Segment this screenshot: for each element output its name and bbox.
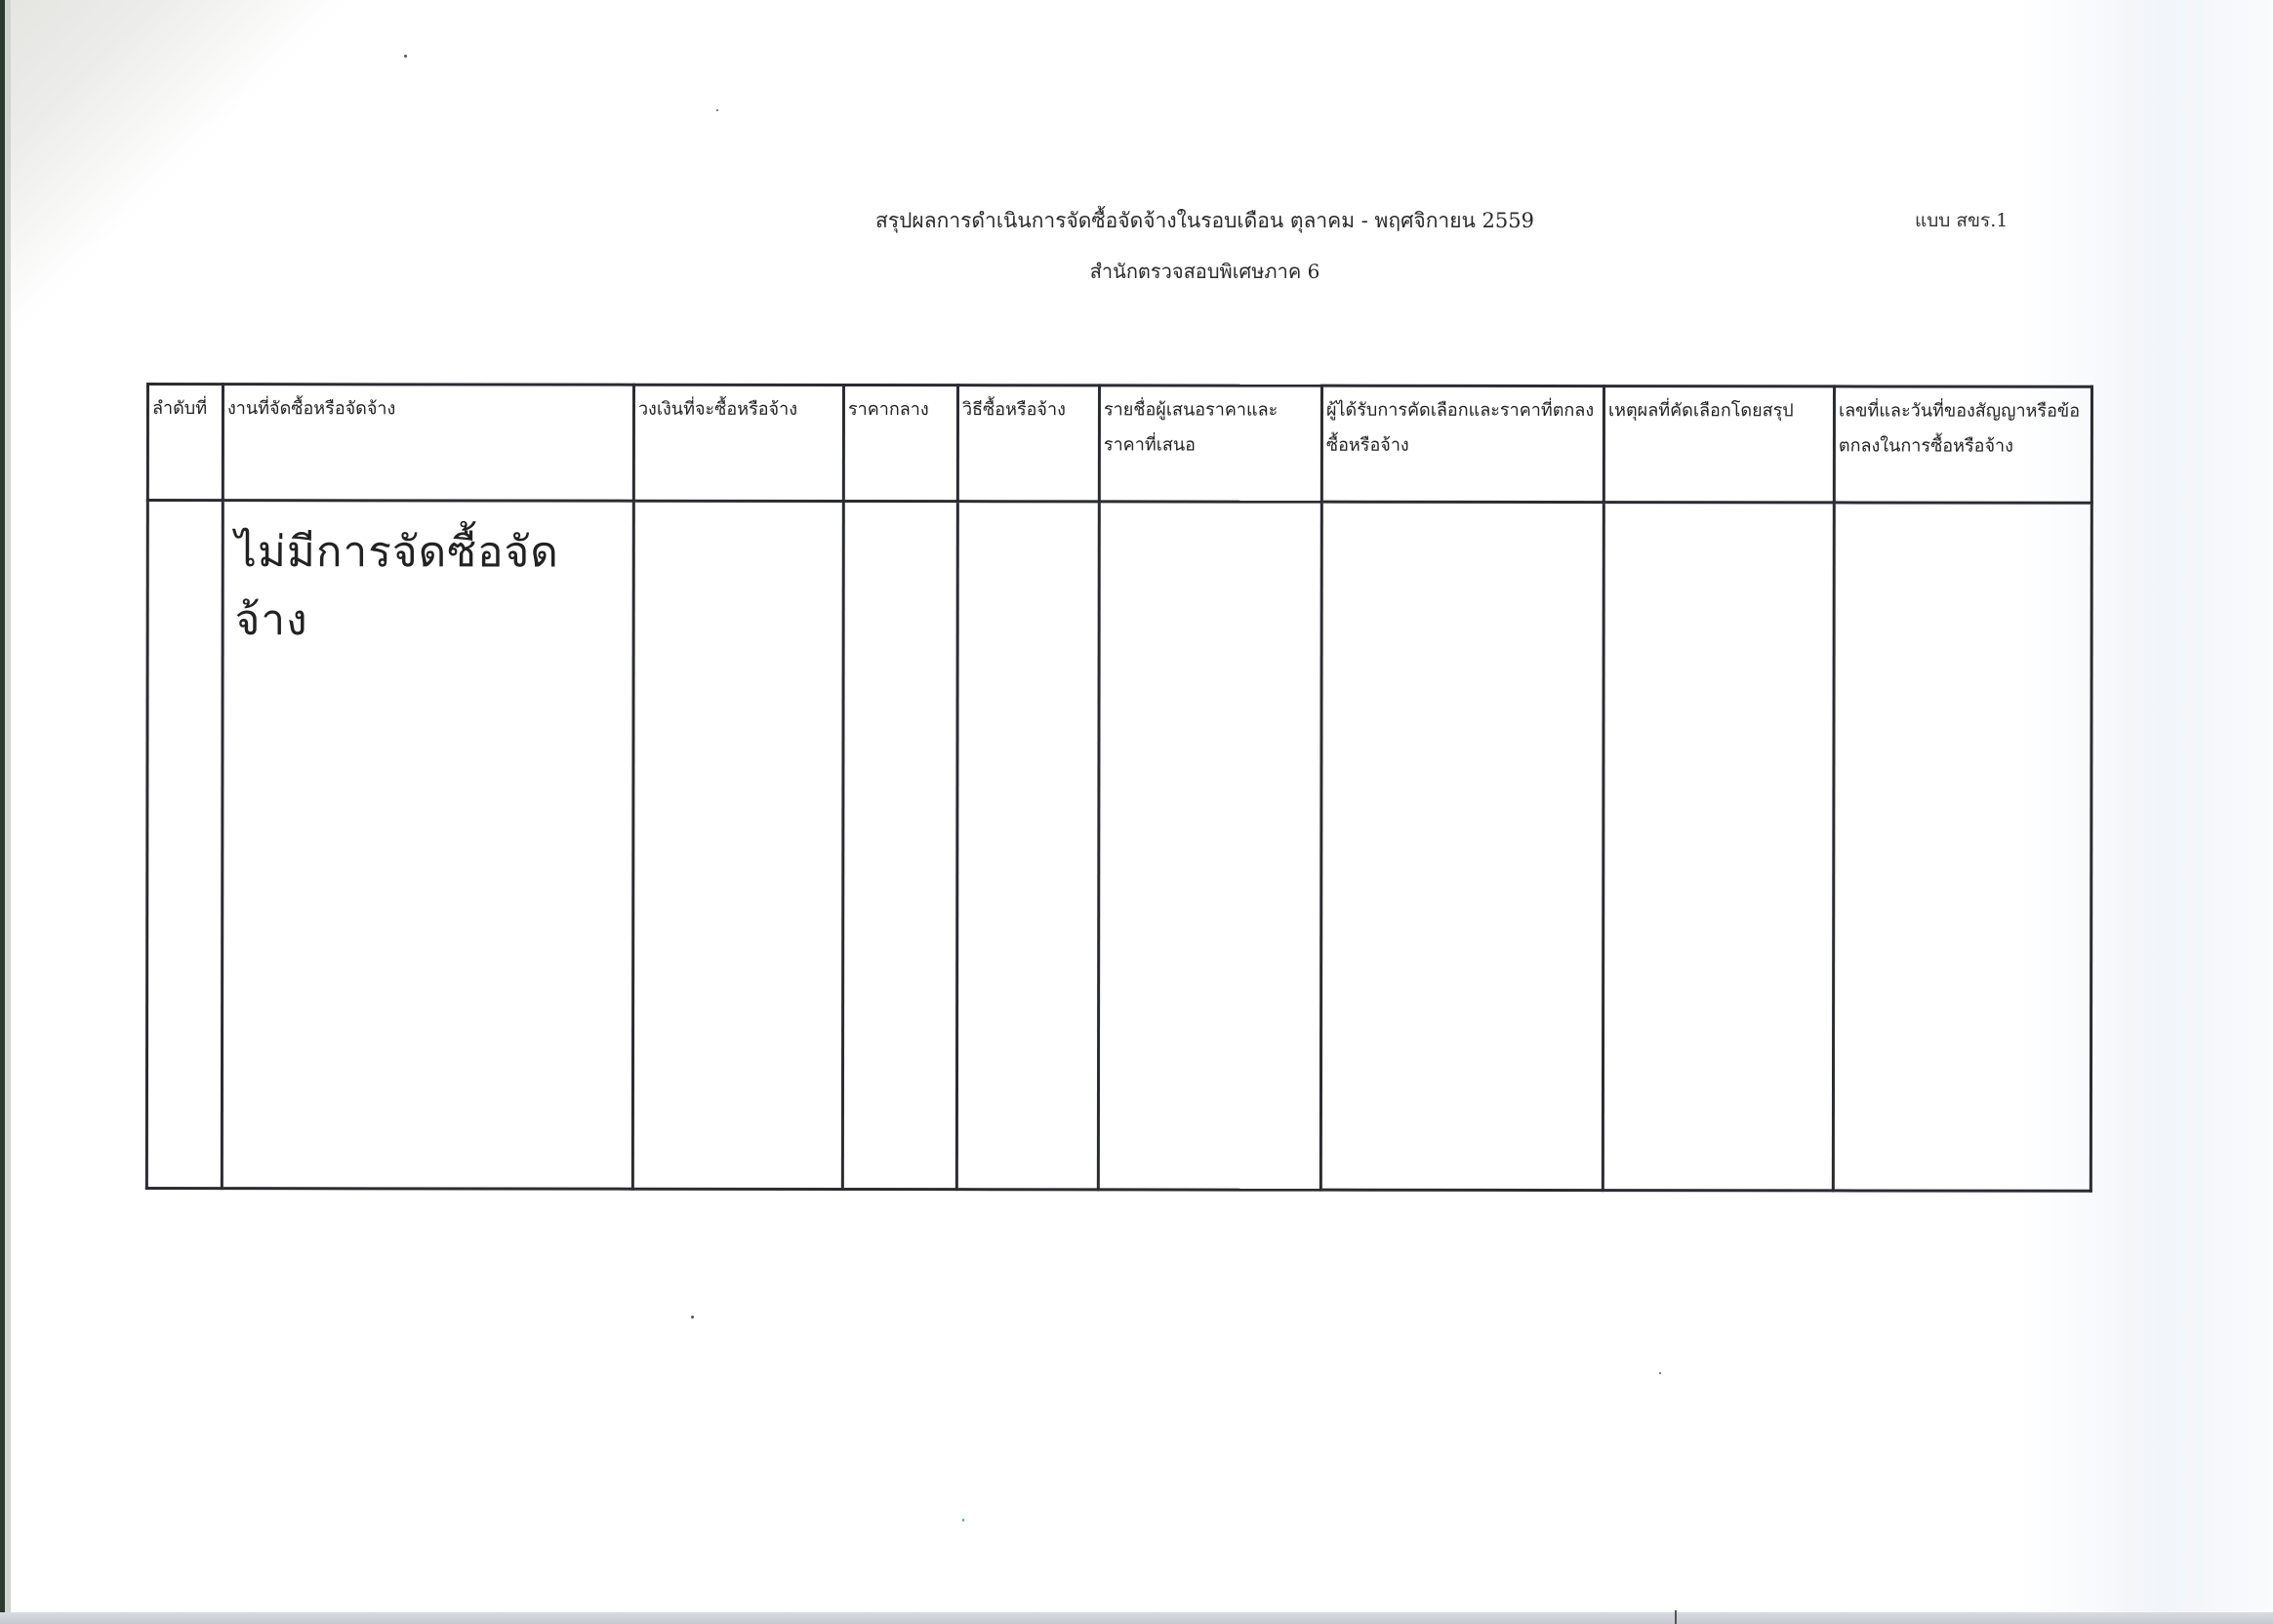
scan-speck <box>716 109 718 111</box>
cell-method <box>956 502 1099 1190</box>
column-header-seq: ลำดับที่ <box>147 385 223 501</box>
column-header-reason: เหตุผลที่คัดเลือกโดยสรุป <box>1603 386 1834 503</box>
scan-bottom-edge <box>0 1612 2273 1624</box>
scan-speck <box>691 1316 694 1319</box>
cell-median-price <box>842 501 957 1189</box>
column-header-contract: เลขที่และวันที่ของสัญญาหรือข้อตกลงในการซ… <box>1834 386 2091 503</box>
cell-work: ไม่มีการจัดซื้อจัดจ้าง <box>222 501 633 1190</box>
cell-budget <box>632 501 843 1189</box>
cell-selected <box>1320 502 1603 1190</box>
scan-left-edge-margin <box>5 0 11 1624</box>
cell-seq <box>146 501 223 1189</box>
cell-reason <box>1603 503 1834 1191</box>
scan-speck <box>962 1519 964 1522</box>
scan-speck <box>1659 1372 1661 1374</box>
no-procurement-note: ไม่มีการจัดซื้อจัดจ้าง <box>227 507 629 655</box>
column-header-work: งานที่จัดซื้อหรือจัดจ้าง <box>223 385 633 502</box>
table-header-row: ลำดับที่ งานที่จัดซื้อหรือจัดจ้าง วงเงิน… <box>147 385 2091 504</box>
column-header-bidders: รายชื่อผู้เสนอราคาและราคาที่เสนอ <box>1099 386 1321 502</box>
column-header-median-price: ราคากลาง <box>843 385 957 501</box>
scan-speck <box>404 55 407 58</box>
table-row: ไม่มีการจัดซื้อจัดจ้าง <box>146 501 2091 1192</box>
document-subtitle: สำนักตรวจสอบพิเศษภาค 6 <box>0 256 2273 287</box>
column-header-selected: ผู้ได้รับการคัดเลือกและราคาที่ตกลงซื้อหร… <box>1321 386 1603 502</box>
column-header-budget: วงเงินที่จะซื้อหรือจ้าง <box>633 385 843 501</box>
cell-contract <box>1833 503 2091 1191</box>
procurement-summary-table: ลำดับที่ งานที่จัดซื้อหรือจัดจ้าง วงเงิน… <box>145 383 2093 1193</box>
scan-bottom-mark <box>1675 1610 1677 1624</box>
column-header-method: วิธีซื้อหรือจ้าง <box>957 386 1099 502</box>
form-code: แบบ สขร.1 <box>1915 206 2008 235</box>
cell-bidders <box>1098 502 1321 1190</box>
